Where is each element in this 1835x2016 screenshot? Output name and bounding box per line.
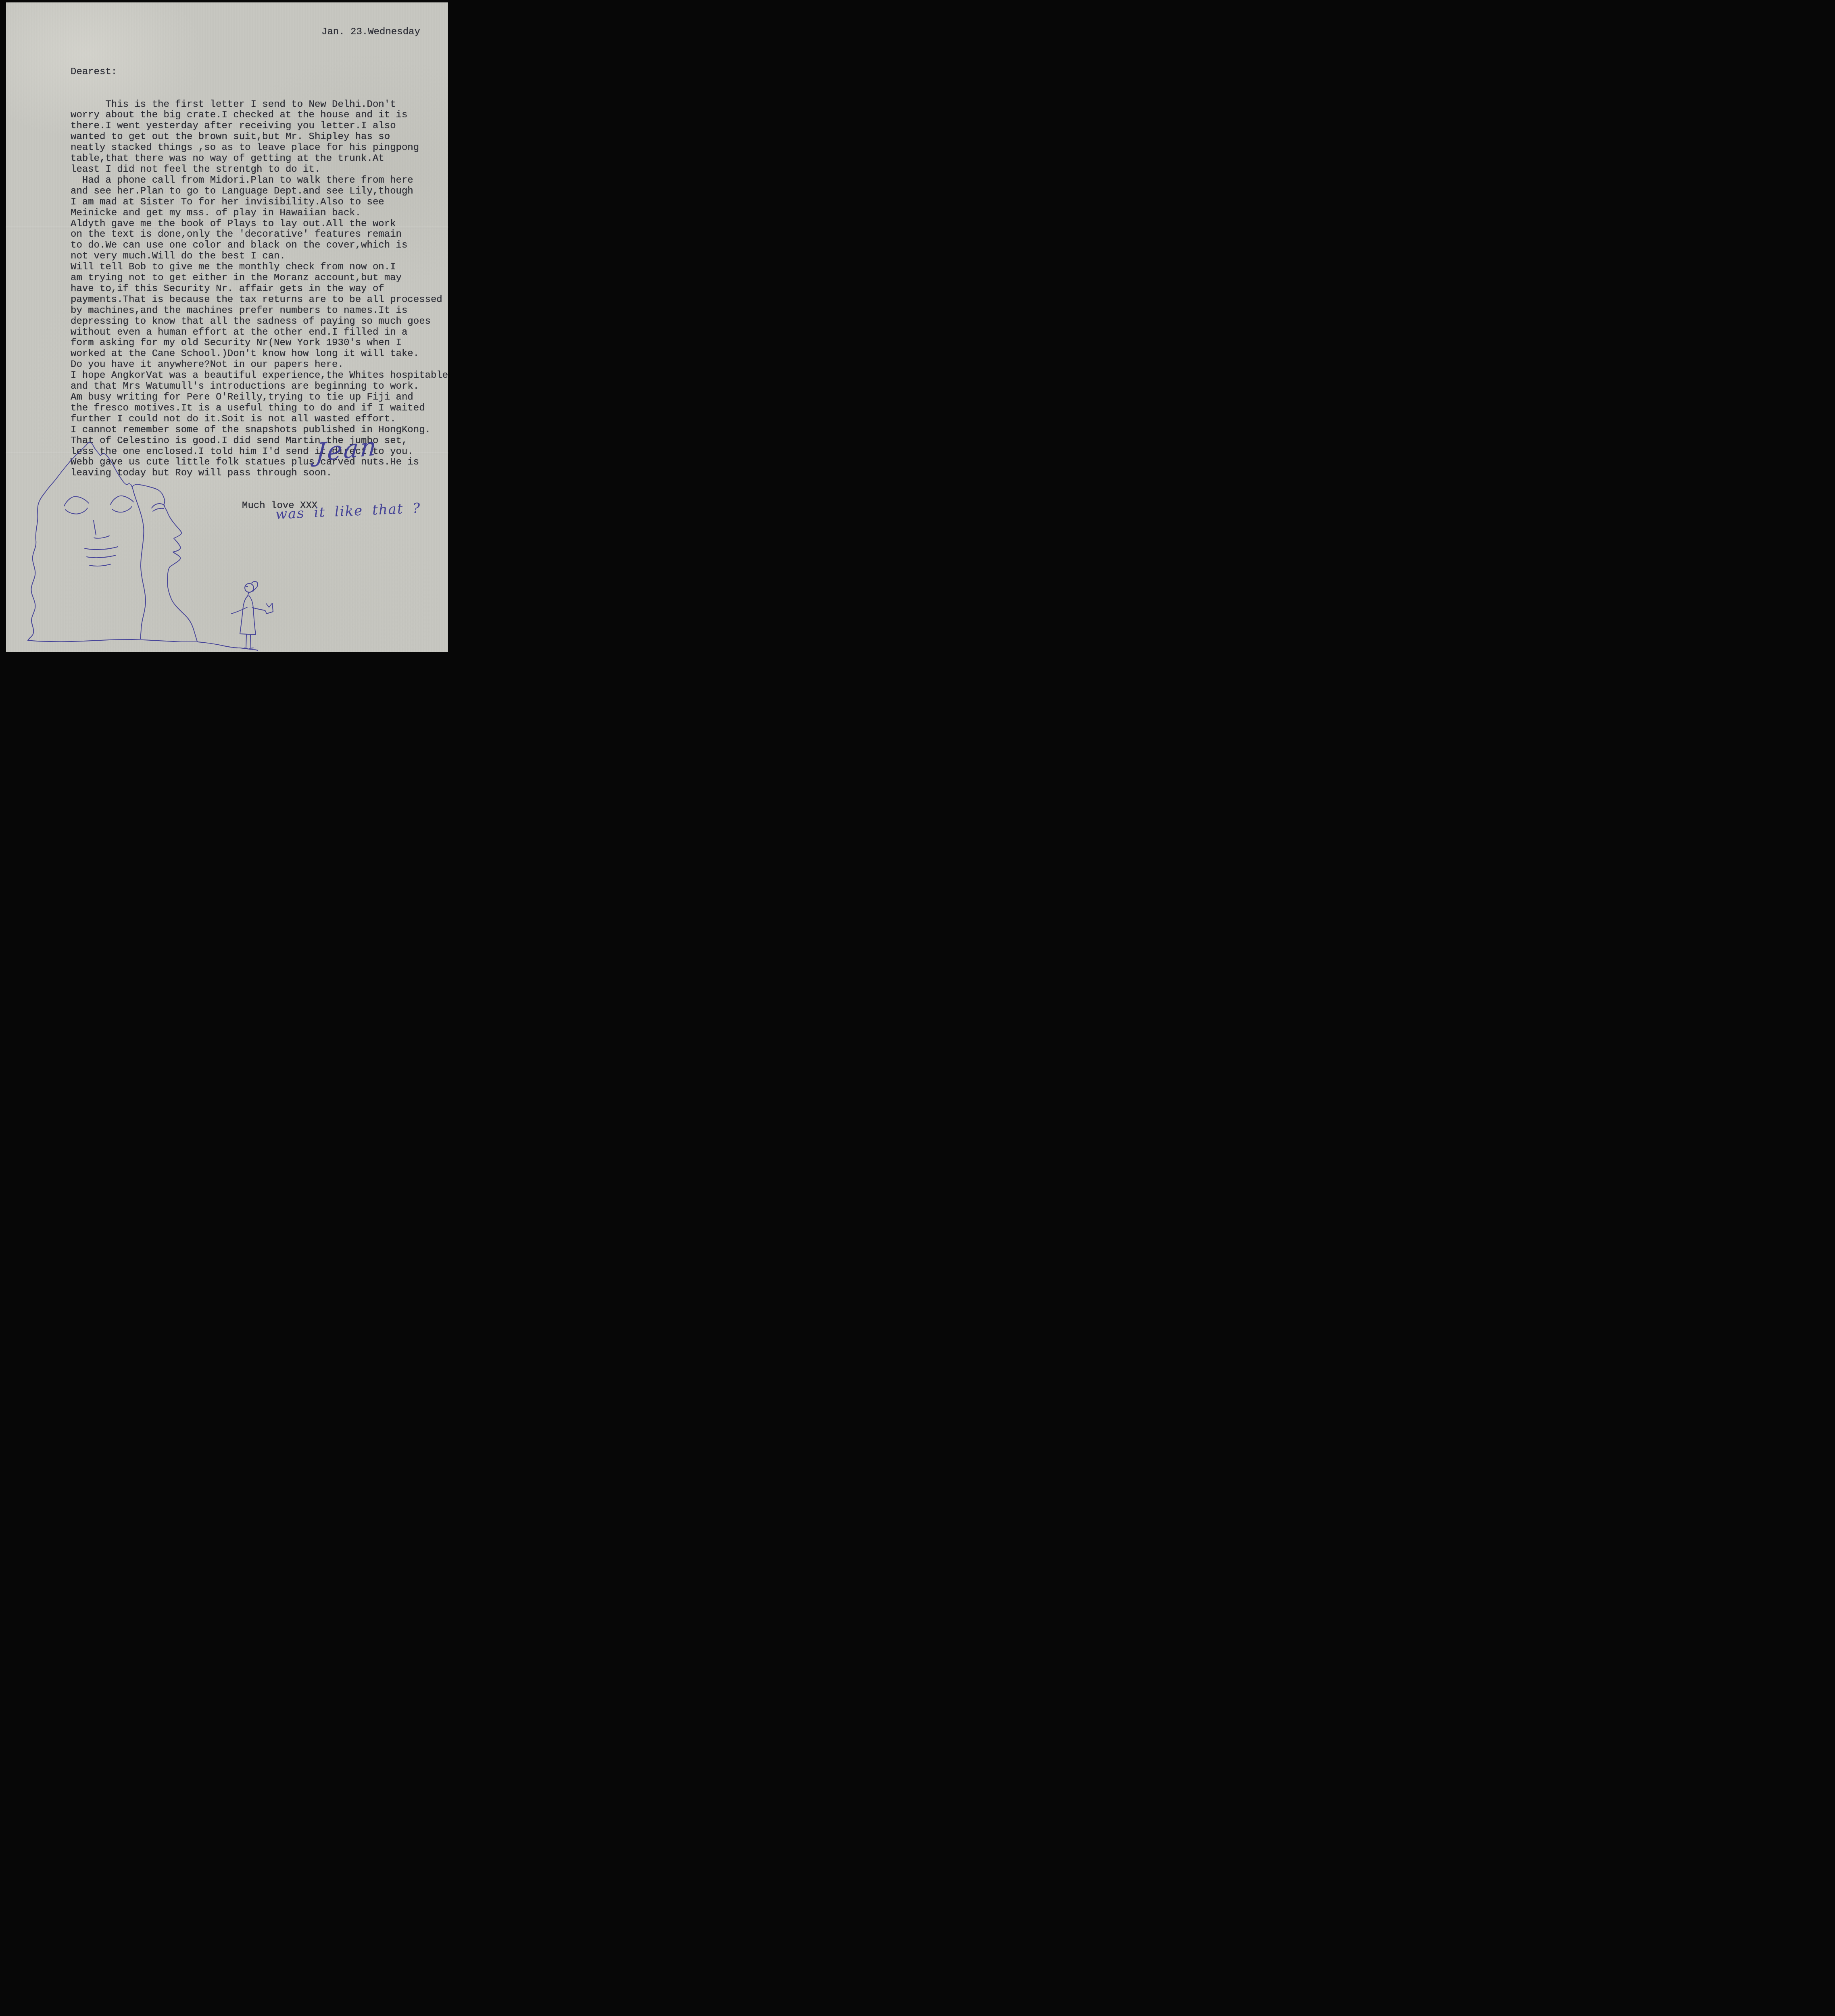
left-face-outline [28, 442, 130, 640]
left-face-mouth-line-1 [85, 547, 118, 550]
left-face-right-eye-lash [112, 506, 132, 512]
scanned-letter-page: Jan. 23.Wednesday Dearest: This is the f… [0, 0, 459, 660]
handwritten-signature: Jean [315, 433, 379, 465]
figure-hair-loop [252, 581, 258, 591]
left-face-mouth-line-3 [90, 564, 111, 566]
figure-face-mark [246, 586, 248, 587]
ink-sketch-two-faces-and-figure [26, 441, 276, 652]
figure-head [245, 583, 254, 592]
figure-neck [248, 592, 249, 596]
left-face-nose [94, 521, 96, 535]
figure-right-leg [250, 635, 251, 648]
left-face-left-eye-lash [65, 508, 88, 514]
letter-body-text: This is the first letter I send to New D… [71, 100, 448, 479]
letter-paper: Jan. 23.Wednesday Dearest: This is the f… [6, 2, 448, 652]
ground-baseline [28, 639, 258, 650]
faces-crevice-line [131, 484, 146, 639]
left-face-nose-base [94, 536, 109, 538]
left-face-mouth-line-2 [87, 555, 116, 558]
right-face-eye [152, 504, 165, 508]
right-face-eye-lash [153, 508, 164, 511]
left-face-left-eye [64, 497, 89, 506]
letter-date: Jan. 23.Wednesday [321, 27, 420, 37]
figure-left-leg [246, 635, 246, 648]
figure-right-foot [250, 648, 253, 648]
figure-left-arm [231, 607, 247, 614]
figure-right-arm [252, 608, 265, 610]
right-face-profile [132, 484, 197, 641]
figure-open-book [265, 603, 273, 614]
figure-dress [240, 596, 256, 635]
left-face-right-eye [111, 496, 133, 504]
figure-left-foot [244, 648, 247, 648]
letter-salutation: Dearest: [71, 67, 448, 78]
